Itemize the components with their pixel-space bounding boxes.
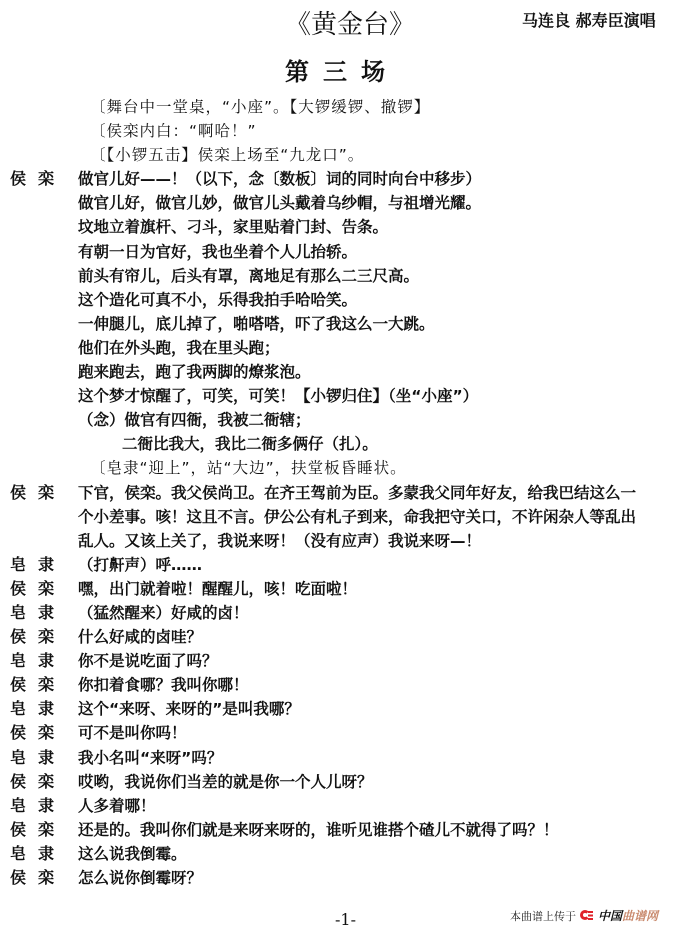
dialogue-line: 他们在外头跑，我在里头跑； xyxy=(0,336,700,360)
upload-credit: 本曲谱上传于 中国 曲谱网 xyxy=(510,907,658,924)
script-body: 〔舞台中一堂桌，“小座”。【大锣缓锣、撤锣】〔侯栾内白：“啊哈！”〔【小锣五击】… xyxy=(0,95,700,890)
line-text: 可不是叫你吗！ xyxy=(78,721,187,745)
line-text: （念）做官有四衙，我被二衙辖； xyxy=(78,408,311,432)
line-text: 嘿，出门就着啦！醒醒儿，咳！吃面啦！ xyxy=(78,577,357,601)
dialogue-line: 侯栾怎么说你倒霉呀？ xyxy=(0,866,700,890)
speaker-name: 皂隶 xyxy=(10,649,70,673)
line-text: （猛然醒来）好咸的卤！ xyxy=(78,601,249,625)
stage-direction: 〔【小锣五击】侯栾上场至“九龙口”。 xyxy=(0,143,700,167)
line-text: 个小差事。咳！这且不言。伊公公有札子到来，命我把守关口，不许闲杂人等乱出 xyxy=(78,505,636,529)
speaker-name: 皂隶 xyxy=(10,794,70,818)
site-name-secondary: 曲谱网 xyxy=(622,907,658,924)
line-text: 前头有帘儿，后头有罩，离地足有那么二三尺高。 xyxy=(78,264,419,288)
play-title: 《黄金台》 xyxy=(285,4,415,41)
dialogue-line: 乱人。又该上关了，我说来呀！（没有应声）我说来呀—！ xyxy=(0,529,700,553)
line-text: 你扣着食哪？我叫你哪！ xyxy=(78,673,249,697)
line-text: 下官，侯栾。我父侯尚卫。在齐王驾前为臣。多蒙我父同年好友，给我巴结这么一 xyxy=(78,481,636,505)
speaker-name: 侯栾 xyxy=(10,481,70,505)
dialogue-line: 侯栾下官，侯栾。我父侯尚卫。在齐王驾前为臣。多蒙我父同年好友，给我巴结这么一 xyxy=(0,481,700,505)
line-text: 什么好咸的卤哇？ xyxy=(78,625,202,649)
dialogue-line: 皂隶（猛然醒来）好咸的卤！ xyxy=(0,601,700,625)
upload-note: 本曲谱上传于 xyxy=(510,908,576,924)
dialogue-line: 坟地立着旗杆、刁斗，家里贴着门封、告条。 xyxy=(0,215,700,239)
dialogue-line: 皂隶人多着哪！ xyxy=(0,794,700,818)
line-text: 人多着哪！ xyxy=(78,794,156,818)
dialogue-line: 侯栾可不是叫你吗！ xyxy=(0,721,700,745)
line-text: （打鼾声）呼…… xyxy=(78,553,202,577)
stage-direction: 〔舞台中一堂桌，“小座”。【大锣缓锣、撤锣】 xyxy=(0,95,700,119)
line-text: 还是的。我叫你们就是来呀来呀的，谁听见谁搭个碴儿不就得了吗？！ xyxy=(78,818,559,842)
line-text: 做官儿好——！（以下，念〔数板〕词的同时向台中移步） xyxy=(78,167,481,191)
stage-direction: 〔侯栾内白：“啊哈！” xyxy=(0,119,700,143)
speaker-name: 侯栾 xyxy=(10,770,70,794)
line-text: 坟地立着旗杆、刁斗，家里贴着门封、告条。 xyxy=(78,215,388,239)
dialogue-line: （念）做官有四衙，我被二衙辖； xyxy=(0,408,700,432)
speaker-name: 侯栾 xyxy=(10,167,70,191)
line-text: 哎哟，我说你们当差的就是你一个人儿呀？ xyxy=(78,770,373,794)
dialogue-line: 做官儿好，做官儿妙，做官儿头戴着乌纱帽，与祖增光耀。 xyxy=(0,191,700,215)
dialogue-line: 侯栾还是的。我叫你们就是来呀来呀的，谁听见谁搭个碴儿不就得了吗？！ xyxy=(0,818,700,842)
line-text: 这个“来呀、来呀的”是叫我哪？ xyxy=(78,697,300,721)
speaker-name: 侯栾 xyxy=(10,673,70,697)
line-text: 〔侯栾内白：“啊哈！” xyxy=(90,119,257,143)
dialogue-line: 这个造化可真不小，乐得我拍手哈哈笑。 xyxy=(0,288,700,312)
line-text: 这个梦才惊醒了，可笑，可笑！【小锣归住】（坐“小座”） xyxy=(78,384,478,408)
dialogue-line: 二衙比我大，我比二衙多俩仔（扎）。 xyxy=(0,432,700,456)
speaker-name: 侯栾 xyxy=(10,818,70,842)
dialogue-line: 皂隶这个“来呀、来呀的”是叫我哪？ xyxy=(0,697,700,721)
line-text: 你不是说吃面了吗？ xyxy=(78,649,218,673)
line-text: 二衙比我大，我比二衙多俩仔（扎）。 xyxy=(122,432,378,456)
dialogue-line: 一伸腿儿，底儿掉了，啪嗒嗒，吓了我这么一大跳。 xyxy=(0,312,700,336)
line-text: 〔舞台中一堂桌，“小座”。【大锣缓锣、撤锣】 xyxy=(90,95,430,119)
performers-credit: 马连良 郝寿臣演唱 xyxy=(522,8,656,31)
dialogue-line: 个小差事。咳！这且不言。伊公公有札子到来，命我把守关口，不许闲杂人等乱出 xyxy=(0,505,700,529)
line-text: 乱人。又该上关了，我说来呀！（没有应声）我说来呀—！ xyxy=(78,529,481,553)
line-text: 这个造化可真不小，乐得我拍手哈哈笑。 xyxy=(78,288,357,312)
stage-direction: 〔皂隶“迎上”，站“大边”，扶堂板昏睡状。 xyxy=(0,456,700,480)
line-text: 跑来跑去，跑了我两脚的燎浆泡。 xyxy=(78,360,311,384)
dialogue-line: 侯栾嘿，出门就着啦！醒醒儿，咳！吃面啦！ xyxy=(0,577,700,601)
dialogue-line: 皂隶（打鼾声）呼…… xyxy=(0,553,700,577)
speaker-name: 皂隶 xyxy=(10,697,70,721)
dialogue-line: 前头有帘儿，后头有罩，离地足有那么二三尺高。 xyxy=(0,264,700,288)
dialogue-line: 跑来跑去，跑了我两脚的燎浆泡。 xyxy=(0,360,700,384)
speaker-name: 皂隶 xyxy=(10,842,70,866)
dialogue-line: 皂隶我小名叫“来呀”吗？ xyxy=(0,746,700,770)
dialogue-line: 侯栾什么好咸的卤哇？ xyxy=(0,625,700,649)
dialogue-line: 皂隶这么说我倒霉。 xyxy=(0,842,700,866)
line-text: 做官儿好，做官儿妙，做官儿头戴着乌纱帽，与祖增光耀。 xyxy=(78,191,481,215)
speaker-name: 侯栾 xyxy=(10,866,70,890)
line-text: 他们在外头跑，我在里头跑； xyxy=(78,336,280,360)
line-text: 这么说我倒霉。 xyxy=(78,842,187,866)
qupu-logo-icon xyxy=(580,910,594,922)
speaker-name: 皂隶 xyxy=(10,601,70,625)
line-text: 我小名叫“来呀”吗？ xyxy=(78,746,222,770)
speaker-name: 侯栾 xyxy=(10,625,70,649)
line-text: 一伸腿儿，底儿掉了，啪嗒嗒，吓了我这么一大跳。 xyxy=(78,312,435,336)
line-text: 〔【小锣五击】侯栾上场至“九龙口”。 xyxy=(90,143,364,167)
dialogue-line: 这个梦才惊醒了，可笑，可笑！【小锣归住】（坐“小座”） xyxy=(0,384,700,408)
line-text: 有朝一日为官好，我也坐着个人儿抬轿。 xyxy=(78,240,357,264)
page-number: -1- xyxy=(335,910,356,929)
dialogue-line: 有朝一日为官好，我也坐着个人儿抬轿。 xyxy=(0,240,700,264)
dialogue-line: 侯栾你扣着食哪？我叫你哪！ xyxy=(0,673,700,697)
dialogue-line: 侯栾做官儿好——！（以下，念〔数板〕词的同时向台中移步） xyxy=(0,167,700,191)
speaker-name: 侯栾 xyxy=(10,577,70,601)
dialogue-line: 侯栾哎哟，我说你们当差的就是你一个人儿呀？ xyxy=(0,770,700,794)
speaker-name: 皂隶 xyxy=(10,553,70,577)
dialogue-line: 皂隶你不是说吃面了吗？ xyxy=(0,649,700,673)
site-name-primary: 中国 xyxy=(598,907,622,924)
speaker-name: 皂隶 xyxy=(10,746,70,770)
line-text: 〔皂隶“迎上”，站“大边”，扶堂板昏睡状。 xyxy=(90,456,407,480)
line-text: 怎么说你倒霉呀？ xyxy=(78,866,202,890)
scene-heading: 第三场 xyxy=(285,52,399,87)
speaker-name: 侯栾 xyxy=(10,721,70,745)
